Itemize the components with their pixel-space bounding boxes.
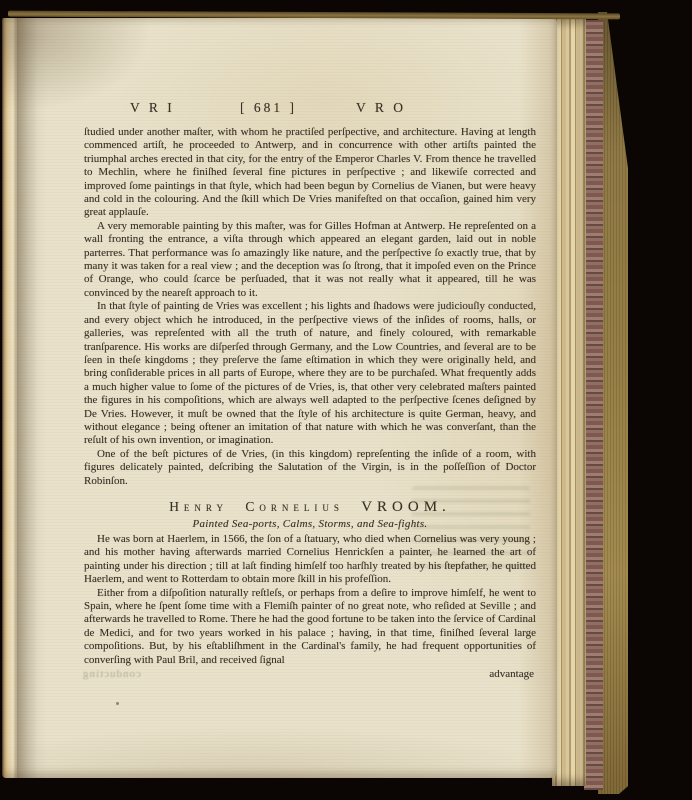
paragraph-vroom-2: Either from a diſpoſition naturally reſt… [84, 587, 536, 667]
running-header-left: V R I [130, 100, 175, 116]
page-number: [ 681 ] [240, 100, 297, 116]
paragraph-devries-2: A very memorable painting by this maſter… [84, 220, 536, 300]
ink-speck [116, 702, 119, 705]
paragraph-devries-3: In that ſtyle of painting de Vries was e… [84, 300, 536, 447]
paragraph-devries-1: ſtudied under another maſter, with whom … [84, 126, 536, 220]
running-header-right: V R O [356, 100, 406, 116]
marbled-page-edge [584, 20, 603, 790]
text-column: V R I [ 681 ] V R O ſtudied under anothe… [84, 100, 536, 680]
catchword: advantage [84, 668, 536, 680]
entry-subtitle: Painted Sea-ports, Calms, Storms, and Se… [84, 518, 536, 530]
entry-heading-name: Henry Cornelius [169, 499, 344, 514]
book-scan: conducting V R I [ 681 ] V R O ſtudied u… [0, 0, 692, 800]
paragraph-vroom-1: He was born at Haerlem, in 1566, the ſon… [84, 533, 536, 587]
stacked-page-edges [552, 18, 586, 786]
gutter-shadow [17, 18, 43, 778]
entry-heading: Henry Cornelius VROOM. [84, 499, 536, 516]
entry-heading-surname: VROOM. [361, 499, 451, 515]
book-page: conducting V R I [ 681 ] V R O ſtudied u… [2, 18, 557, 778]
running-header: V R I [ 681 ] V R O [84, 100, 536, 126]
paragraph-devries-4: One of the beſt pictures of de Vries, (i… [84, 448, 536, 488]
